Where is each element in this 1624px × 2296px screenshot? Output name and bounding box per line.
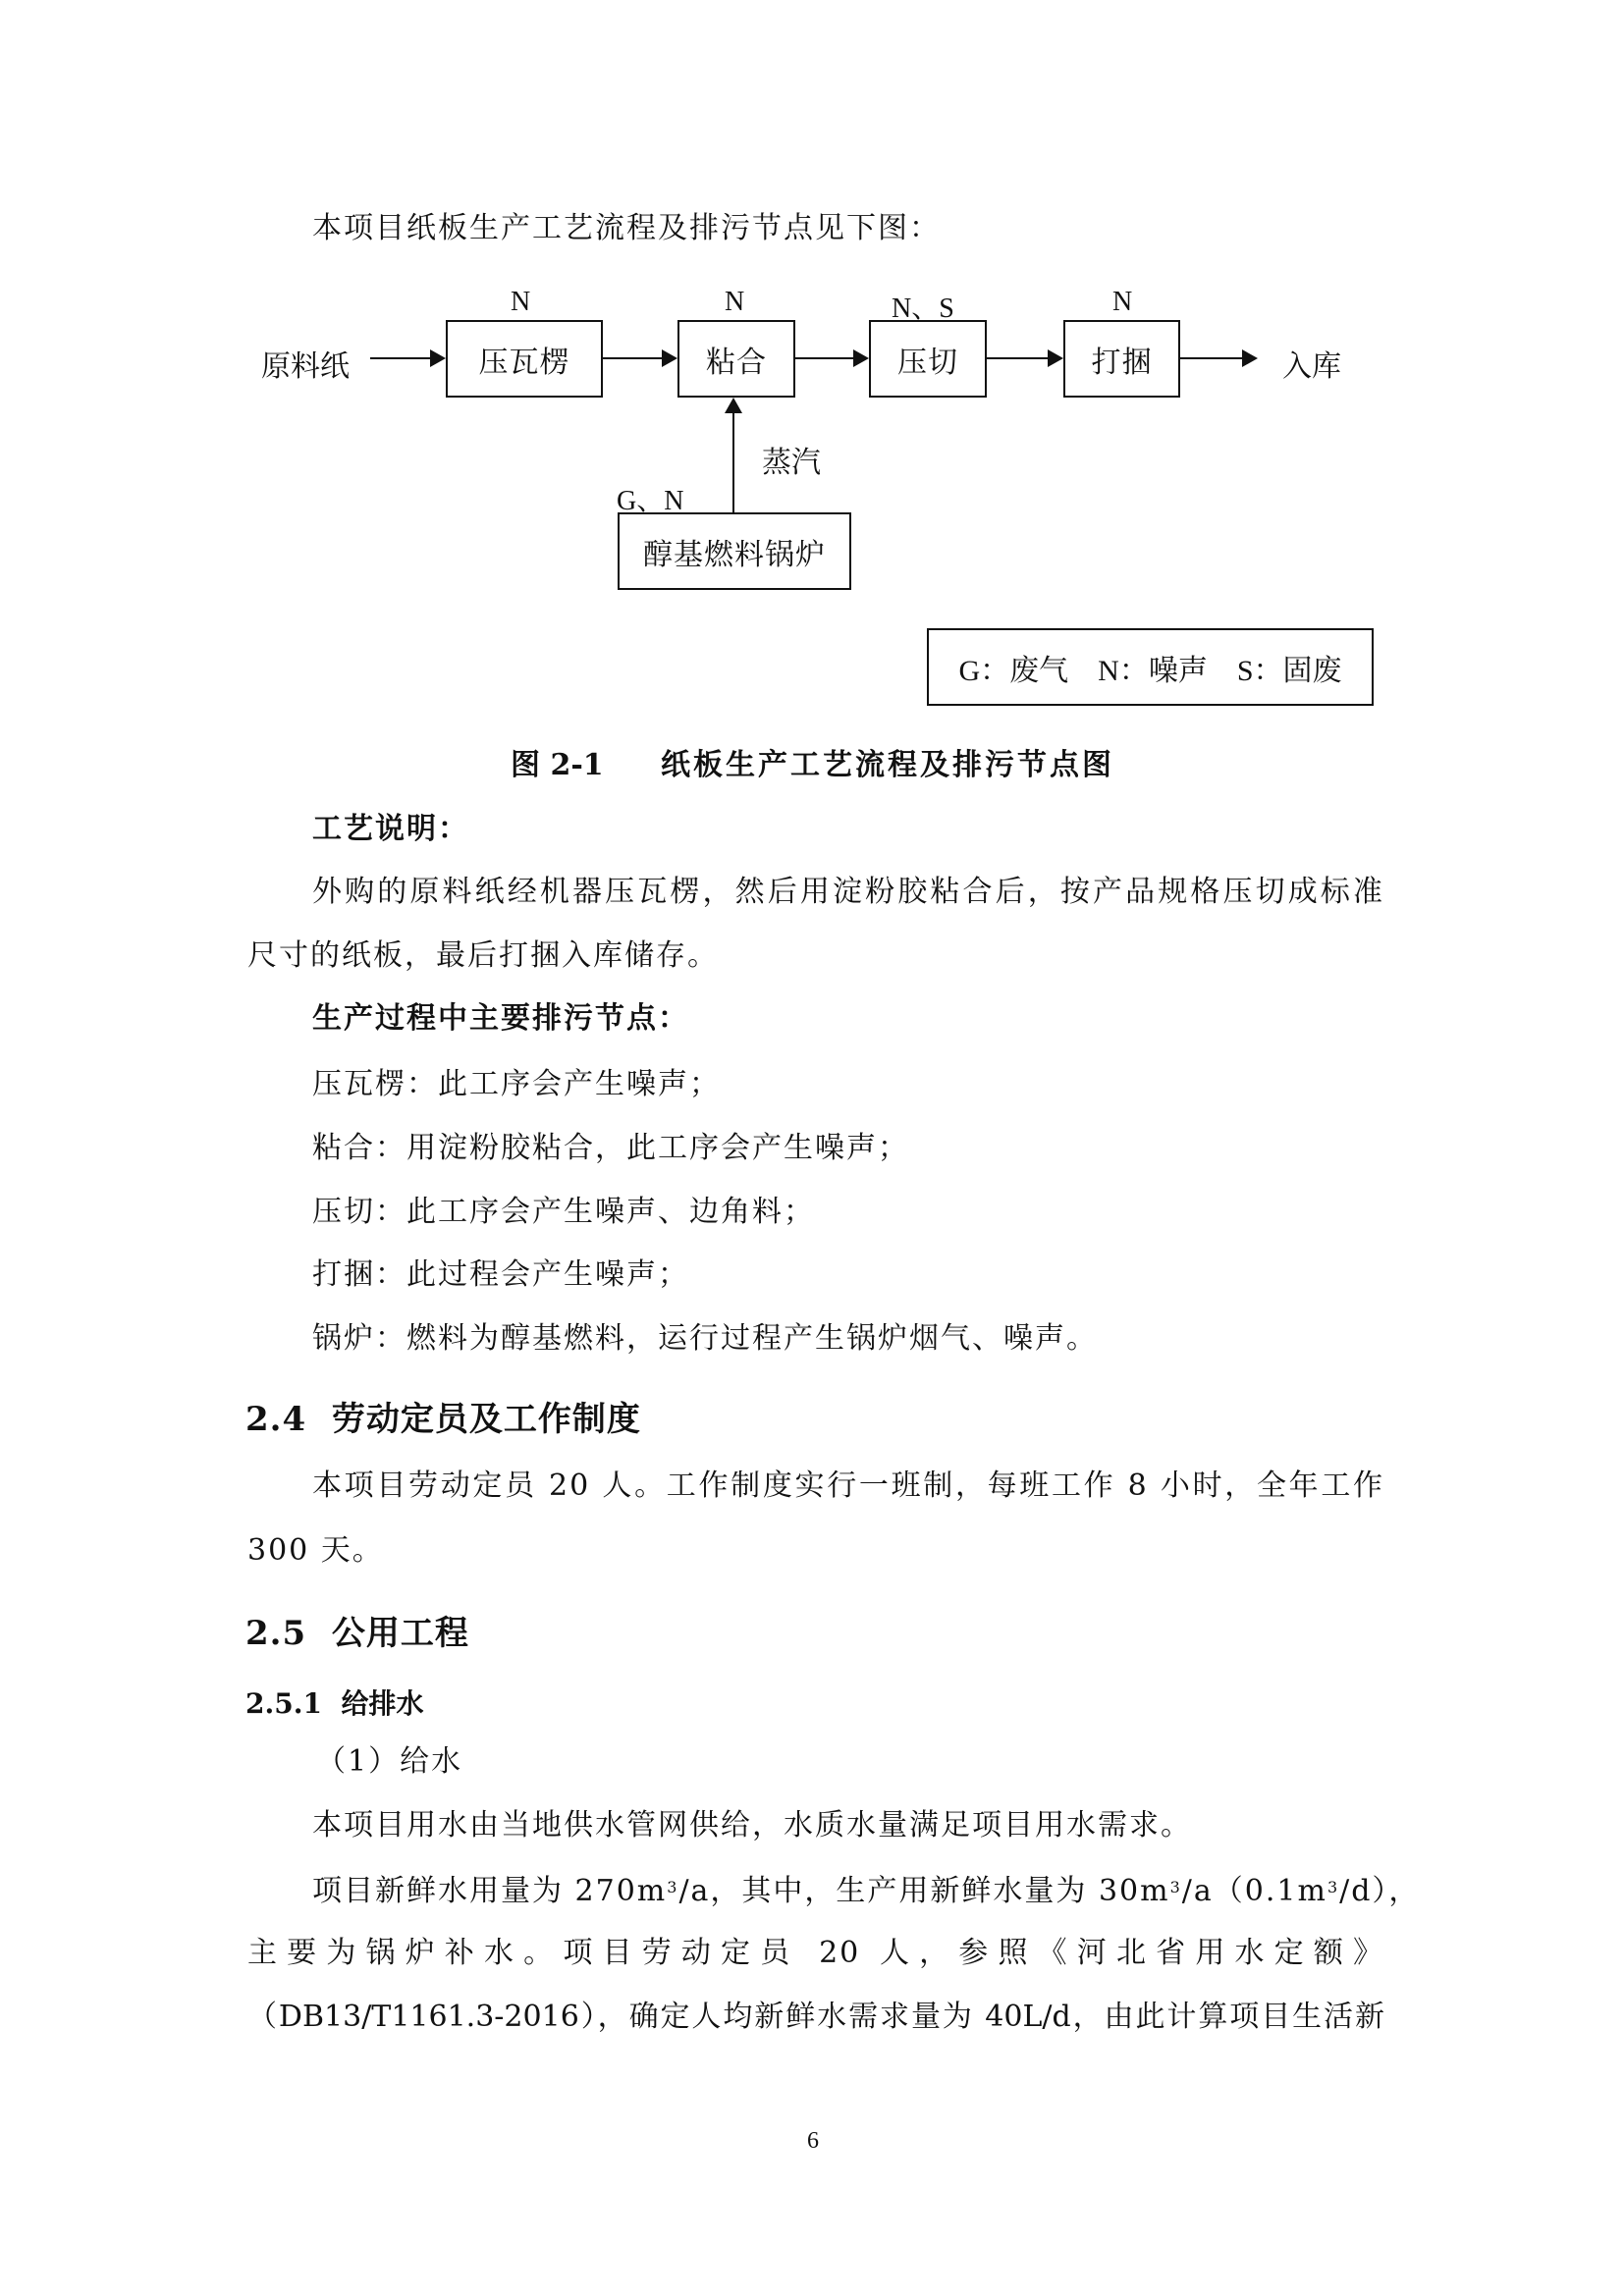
arrow-right-icon <box>853 349 869 367</box>
flow-arrow-line <box>1180 357 1243 359</box>
flow-arrow-line <box>603 357 662 359</box>
section-heading-2-5: 2.5 公用工程 <box>245 1606 469 1654</box>
list-item: 打捆：此过程会产生噪声； <box>312 1258 689 1292</box>
flow-output-label: 入库 <box>1282 342 1341 385</box>
pollution-nodes-heading: 生产过程中主要排污节点： <box>312 1002 689 1036</box>
item-heading: （1）给水 <box>316 1745 462 1779</box>
paragraph-line: 本项目用水由当地供水管网供给，水质水量满足项目用水需求。 <box>312 1809 1192 1842</box>
flow-input-label: 原料纸 <box>261 342 350 385</box>
steam-label: 蒸汽 <box>762 438 821 481</box>
flow-step-box: 打捆 <box>1063 320 1180 398</box>
subsection-heading-2-5-1: 2.5.1 给排水 <box>245 1682 423 1722</box>
paragraph-line: 尺寸的纸板，最后打捆入库储存。 <box>247 939 719 973</box>
flow-step-box: 压切 <box>869 320 987 398</box>
intro-text: 本项目纸板生产工艺流程及排污节点见下图： <box>312 212 941 245</box>
text-span: 项目新鲜水用量为 270m <box>312 1874 667 1908</box>
flow-step-label: 打捆 <box>1092 338 1153 381</box>
paragraph-line: 外购的原料纸经机器压瓦楞，然后用淀粉胶粘合后，按产品规格压切成标准 <box>312 876 1384 909</box>
paragraph-line: 300 天。 <box>247 1534 384 1568</box>
step-pollutant-label: N <box>1112 287 1132 318</box>
step-pollutant-label: N <box>725 287 744 318</box>
superscript: 3 <box>1170 1878 1182 1896</box>
superscript: 3 <box>1327 1878 1339 1896</box>
flow-step-label: 压切 <box>897 338 958 381</box>
legend-box: G：废气 N：噪声 S：固废 <box>927 628 1374 706</box>
flow-arrow-line <box>370 357 431 359</box>
page-number: 6 <box>807 2128 819 2155</box>
text-span: /d）， <box>1339 1874 1420 1908</box>
paragraph-line: 本项目劳动定员 20 人。工作制度实行一班制，每班工作 8 小时，全年工作 <box>312 1469 1384 1503</box>
flow-arrow-line <box>987 357 1048 359</box>
flow-step-box: 压瓦楞 <box>446 320 603 398</box>
boiler-label: 醇基燃料锅炉 <box>643 530 826 573</box>
arrow-right-icon <box>662 349 677 367</box>
paragraph-line: 项目新鲜水用量为 270m3/a，其中，生产用新鲜水量为 30m3/a（0.1m… <box>312 1875 1420 1908</box>
superscript: 3 <box>667 1878 678 1896</box>
list-item: 压瓦楞：此工序会产生噪声； <box>312 1068 721 1101</box>
arrow-right-icon <box>1048 349 1063 367</box>
figure-caption: 纸板生产工艺流程及排污节点图 <box>661 740 1114 783</box>
paragraph-line: （DB13/T1161.3-2016），确定人均新鲜水需求量为 40L/d，由此… <box>247 2001 1384 2034</box>
arrow-right-icon <box>430 349 446 367</box>
flow-step-label: 粘合 <box>706 338 767 381</box>
legend-text: G：废气 N：噪声 S：固废 <box>958 646 1341 689</box>
list-item: 粘合：用淀粉胶粘合，此工序会产生噪声； <box>312 1132 909 1165</box>
paragraph-line: 主要为锅炉补水。项目劳动定员 20 人，参照《河北省用水定额》 <box>247 1937 1384 1970</box>
steam-line <box>732 411 734 512</box>
figure-number: 图 2-1 <box>511 740 604 783</box>
boiler-box: 醇基燃料锅炉 <box>618 512 851 590</box>
text-span: /a，其中，生产用新鲜水量为 30m <box>678 1874 1169 1908</box>
step-pollutant-label: N <box>511 287 530 318</box>
flow-arrow-line <box>795 357 854 359</box>
flow-step-box: 粘合 <box>677 320 795 398</box>
list-item: 压切：此工序会产生噪声、边角料； <box>312 1196 815 1229</box>
flow-step-label: 压瓦楞 <box>479 338 570 381</box>
process-desc-heading: 工艺说明： <box>312 813 469 846</box>
arrow-right-icon <box>1242 349 1258 367</box>
text-span: /a（0.1m <box>1182 1874 1327 1908</box>
section-heading-2-4: 2.4 劳动定员及工作制度 <box>245 1392 641 1440</box>
list-item: 锅炉：燃料为醇基燃料，运行过程产生锅炉烟气、噪声。 <box>312 1322 1098 1356</box>
